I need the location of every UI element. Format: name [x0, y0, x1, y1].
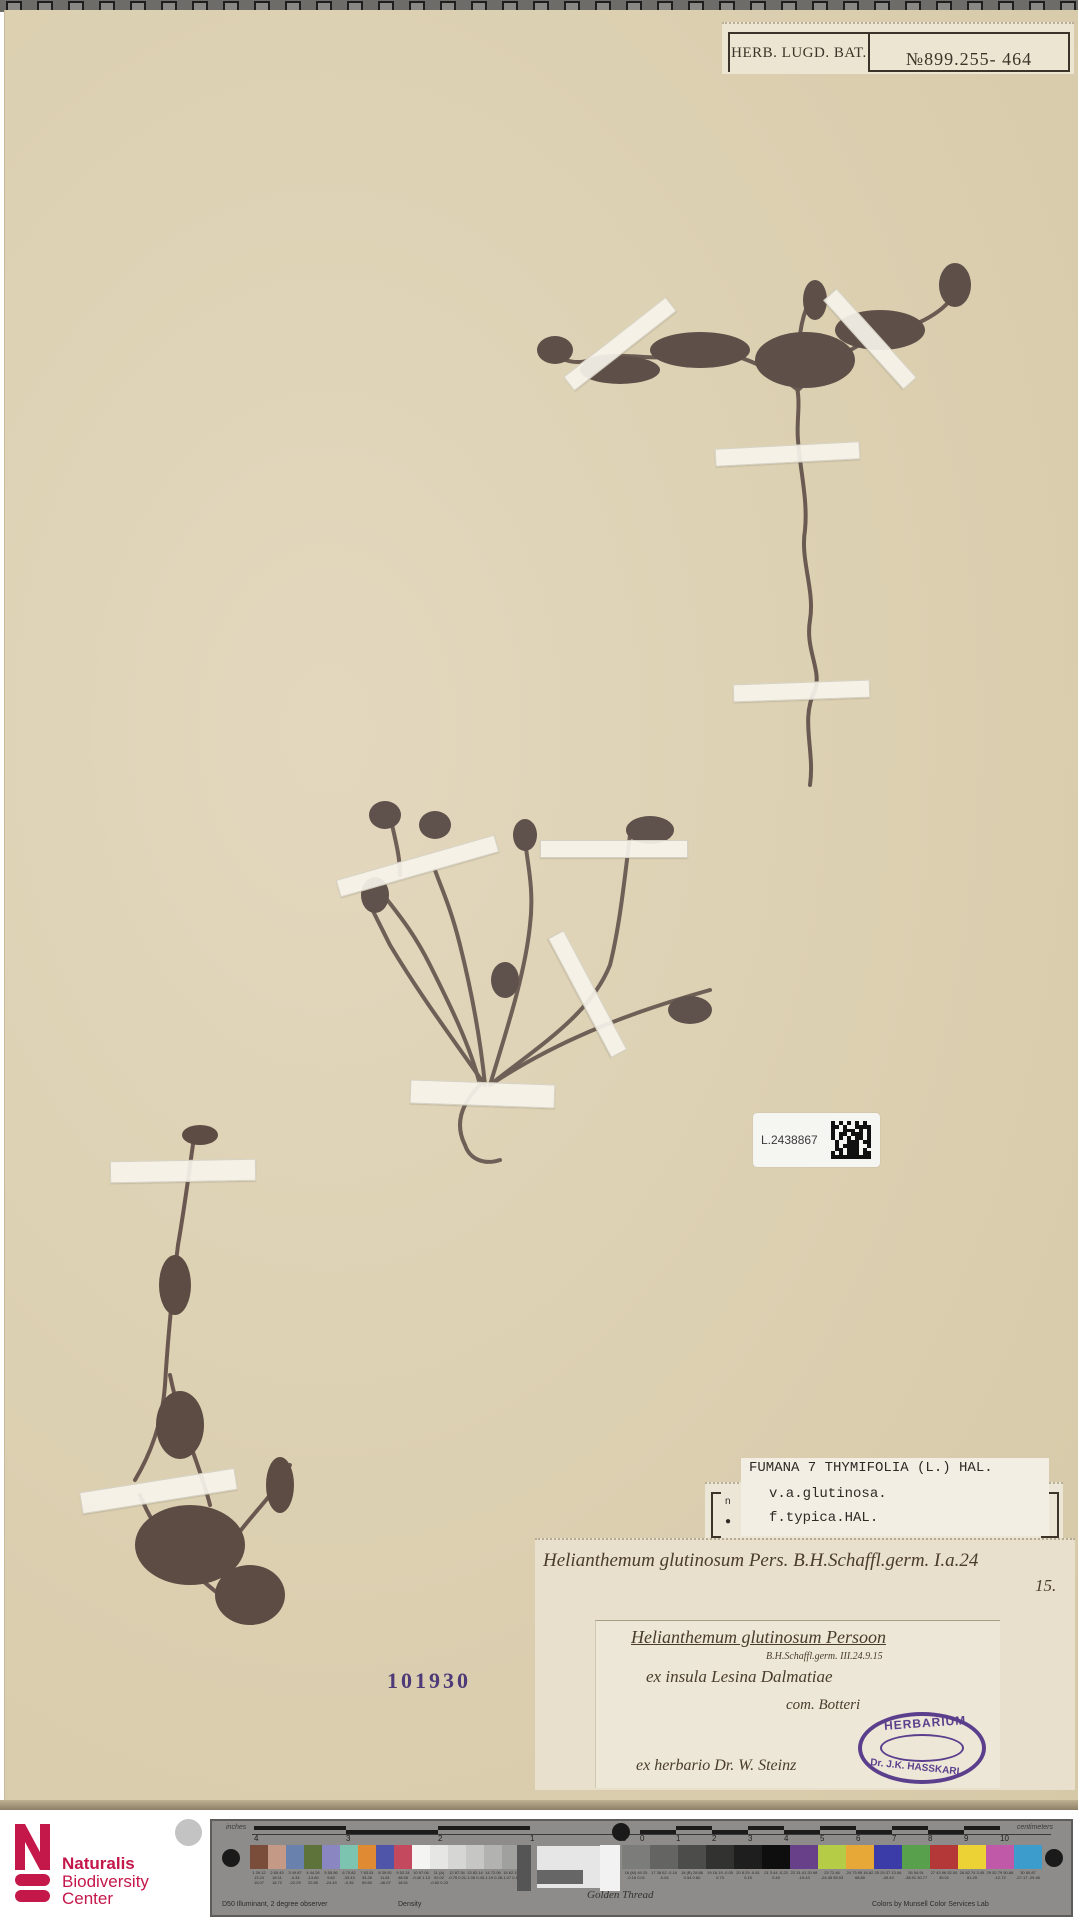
patch-lab-values: 25 29.37 13.06 -49.49: [874, 1870, 902, 1880]
patch-lab-values: 21 3.44 -0.23 0.49: [762, 1870, 790, 1880]
resolution-target: [537, 1846, 601, 1888]
color-patch-12: [448, 1845, 466, 1869]
cm-tick: 5: [820, 1834, 824, 1843]
inches-label: inches: [226, 1824, 246, 1831]
determination-variety: v.a.glutinosa.: [769, 1486, 887, 1502]
cm-tick: 8: [928, 1834, 932, 1843]
patch-lab-values: 22 31.41 20.98 -19.43: [790, 1870, 818, 1880]
patch-lab-values: 3 49.87 -4.34 -22.29: [286, 1870, 304, 1885]
patch-lab-values: 8 39.92 11.81 -46.07: [376, 1870, 394, 1885]
golden-thread-caption: Golden Thread: [587, 1889, 654, 1901]
cm-tick: 10: [1000, 1834, 1009, 1843]
stamp-top-text: HERBARIUM: [884, 1713, 967, 1733]
logo-bar-icon: [15, 1874, 50, 1886]
patch-lab-values: 16 (M) 49.25 -0.16 0.01: [622, 1870, 650, 1880]
patch-lab-values: 11 (A) 92.02 -0.60 0.23: [430, 1870, 448, 1885]
registry-label: HERB. LUGD. BAT. №899.255- 464: [722, 22, 1074, 74]
cm-tick: 4: [784, 1834, 788, 1843]
patch-lab-values: 20 8.29 -0.81 0.19: [734, 1870, 762, 1880]
datamatrix-barcode-icon: [831, 1121, 871, 1159]
color-patch-30: [1014, 1845, 1042, 1869]
registration-dot-center: [612, 1823, 630, 1841]
color-patch-23: [818, 1845, 846, 1869]
color-patch-27: [930, 1845, 958, 1869]
specimen-lower-left: [100, 1125, 320, 1645]
inch-tick: 1: [530, 1834, 534, 1843]
accession-number: 101930: [387, 1668, 471, 1694]
patch-lab-values: 5 55.56 9.82 -24.49: [322, 1870, 340, 1885]
patch-lab-values: 14 72.06 -1.19 0.28: [484, 1870, 502, 1885]
patch-lab-values: 13 82.14 -1.06 0.43: [466, 1870, 484, 1885]
color-patch-14: [484, 1845, 502, 1869]
color-patch-29: [986, 1845, 1014, 1869]
centimeters-label: centimeters: [1017, 1824, 1053, 1831]
patch-values-right: 16 (M) 49.25 -0.16 0.0117 38.62 -0.18 -0…: [622, 1870, 1042, 1880]
determination-form: f.typica.HAL.: [769, 1510, 878, 1526]
patch-lab-values: 6 70.82 -33.43 -0.35: [340, 1870, 358, 1885]
label-marker-dot: ●: [725, 1516, 731, 1527]
color-patches-right: [622, 1845, 1042, 1869]
patch-lab-values: 24 73.95 16.82 68.80: [846, 1870, 874, 1880]
logo-text-naturalis: Naturalis: [62, 1855, 135, 1873]
illuminant-caption: D50 Illuminant, 2 degree observer: [222, 1901, 327, 1908]
typed-label-strip: FUMANA 7 THYMIFOLIA (L.) HAL. v.a.glutin…: [741, 1458, 1049, 1536]
cm-tick: 1: [676, 1834, 680, 1843]
color-patch-7: [358, 1845, 376, 1869]
color-patch-13: [466, 1845, 484, 1869]
slanted-edge-target: [600, 1845, 620, 1891]
label-marker: n: [725, 1496, 731, 1507]
color-patch-21: [762, 1845, 790, 1869]
patch-lab-values: 12 87.34 -0.75 0.21: [448, 1870, 466, 1885]
patch-lab-values: 9 52.24 48.55 18.51: [394, 1870, 412, 1885]
density-caption: Density: [398, 1901, 421, 1908]
collection-label: Helianthemum glutinosum Pers. B.H.Schaff…: [535, 1538, 1075, 1790]
determination-label: n ● FUMANA 7 THYMIFOLIA (L.) HAL. v.a.gl…: [705, 1458, 1063, 1538]
patch-lab-values: 1 39.12 13.24 15.07: [250, 1870, 268, 1885]
color-patch-1: [250, 1845, 268, 1869]
barcode-label: L.2438867: [753, 1113, 880, 1167]
color-patch-26: [902, 1845, 930, 1869]
institution-code: HERB. LUGD. BAT.: [730, 34, 870, 72]
color-patch-9: [394, 1845, 412, 1869]
patch-values-left: 1 39.12 13.24 15.072 65.43 18.11 18.723 …: [250, 1870, 520, 1885]
collector: com. Botteri: [786, 1697, 860, 1714]
mounting-tape: [110, 1159, 256, 1184]
barcode-number: L.2438867: [761, 1133, 818, 1147]
inch-tick: 3: [346, 1834, 350, 1843]
color-patch-3: [286, 1845, 304, 1869]
cm-tick: 6: [856, 1834, 860, 1843]
original-taxon-name: Helianthemum glutinosum Persoon: [631, 1627, 886, 1648]
mounting-tape: [540, 840, 688, 858]
patch-lab-values: 29 52.79 50.88 -12.72: [986, 1870, 1014, 1880]
inch-tick: 2: [438, 1834, 442, 1843]
determination-name: FUMANA 7 THYMIFOLIA (L.) HAL.: [749, 1460, 993, 1476]
cm-tick: 0: [640, 1834, 644, 1843]
registry-number: №899.255- 464: [870, 34, 1068, 72]
patch-lab-values: 17 38.62 -0.18 -0.04: [650, 1870, 678, 1880]
color-patch-10: [412, 1845, 430, 1869]
patch-lab-values: 26 54.91 -38.91 30.77: [902, 1870, 930, 1880]
handwritten-date-suffix: 15.: [1035, 1576, 1056, 1596]
patch-lab-values: 7 63.51 34.26 59.60: [358, 1870, 376, 1885]
sheet-bottom-edge: [0, 1800, 1078, 1810]
color-patch-4: [304, 1845, 322, 1869]
gray-wedge: [517, 1845, 531, 1891]
grey-reference-dot: [175, 1819, 202, 1846]
registration-dot-right: [1045, 1849, 1063, 1867]
color-patch-28: [958, 1845, 986, 1869]
patch-lab-values: 4 44.26 -13.80 22.85: [304, 1870, 322, 1885]
locality: ex insula Lesina Dalmatiae: [646, 1667, 833, 1687]
color-patch-19: [706, 1845, 734, 1869]
color-patch-16M: [622, 1845, 650, 1869]
color-patches-left: [250, 1845, 520, 1869]
color-patch-5: [322, 1845, 340, 1869]
cm-tick: 2: [712, 1834, 716, 1843]
color-patch-17: [650, 1845, 678, 1869]
color-calibration-chart: inches centimeters 43210012345678910 1 3…: [210, 1819, 1073, 1917]
mounting-tape: [410, 1079, 556, 1108]
patch-lab-values: 23 72.46 -24.45 55.93: [818, 1870, 846, 1880]
cm-tick: 7: [892, 1834, 896, 1843]
naturalis-logo: Naturalis Biodiversity Center: [12, 1824, 152, 1914]
ex-herbario: ex herbario Dr. W. Steinz: [636, 1757, 796, 1775]
naturalis-n-icon: [15, 1824, 50, 1870]
patch-lab-values: 10 97.06 -0.40 1.13: [412, 1870, 430, 1885]
herbarium-stamp: HERBARIUM Dr. J.K. HASSKARL: [858, 1712, 986, 1784]
patch-lab-values: 28 82.74 3.45 81.29: [958, 1870, 986, 1880]
color-patch-6: [340, 1845, 358, 1869]
color-patch-24: [846, 1845, 874, 1869]
logo-text-center: Center: [62, 1890, 113, 1908]
color-patch-25: [874, 1845, 902, 1869]
footer: Naturalis Biodiversity Center inches cen…: [0, 1810, 1078, 1920]
color-patch-2: [268, 1845, 286, 1869]
label-frame-left: [711, 1492, 721, 1538]
patch-lab-values: 18 (B) 28.86 0.54 0.60: [678, 1870, 706, 1880]
munsell-credit: Colors by Munsell Color Services Lab: [872, 1901, 989, 1908]
registration-dot-left: [222, 1849, 240, 1867]
color-patch-8: [376, 1845, 394, 1869]
patch-lab-values: 30 50.87 -27.17 -29.46: [1014, 1870, 1042, 1880]
color-patch-22: [790, 1845, 818, 1869]
color-patch-11A: [430, 1845, 448, 1869]
cm-tick: 3: [748, 1834, 752, 1843]
inch-tick: 4: [254, 1834, 258, 1843]
cm-tick: 9: [964, 1834, 968, 1843]
annotation: B.H.Schaffl.germ. III.24.9.15: [766, 1651, 883, 1662]
handwritten-determination: Helianthemum glutinosum Pers. B.H.Schaff…: [543, 1550, 978, 1572]
patch-lab-values: 27 43.96 52.00 30.01: [930, 1870, 958, 1880]
color-patch-18B: [678, 1845, 706, 1869]
patch-lab-values: 19 16.19 -0.05 0.73: [706, 1870, 734, 1880]
logo-bar-icon: [15, 1890, 50, 1902]
stamp-inner-ring: [880, 1734, 964, 1762]
patch-lab-values: 2 65.43 18.11 18.72: [268, 1870, 286, 1885]
color-patch-20: [734, 1845, 762, 1869]
